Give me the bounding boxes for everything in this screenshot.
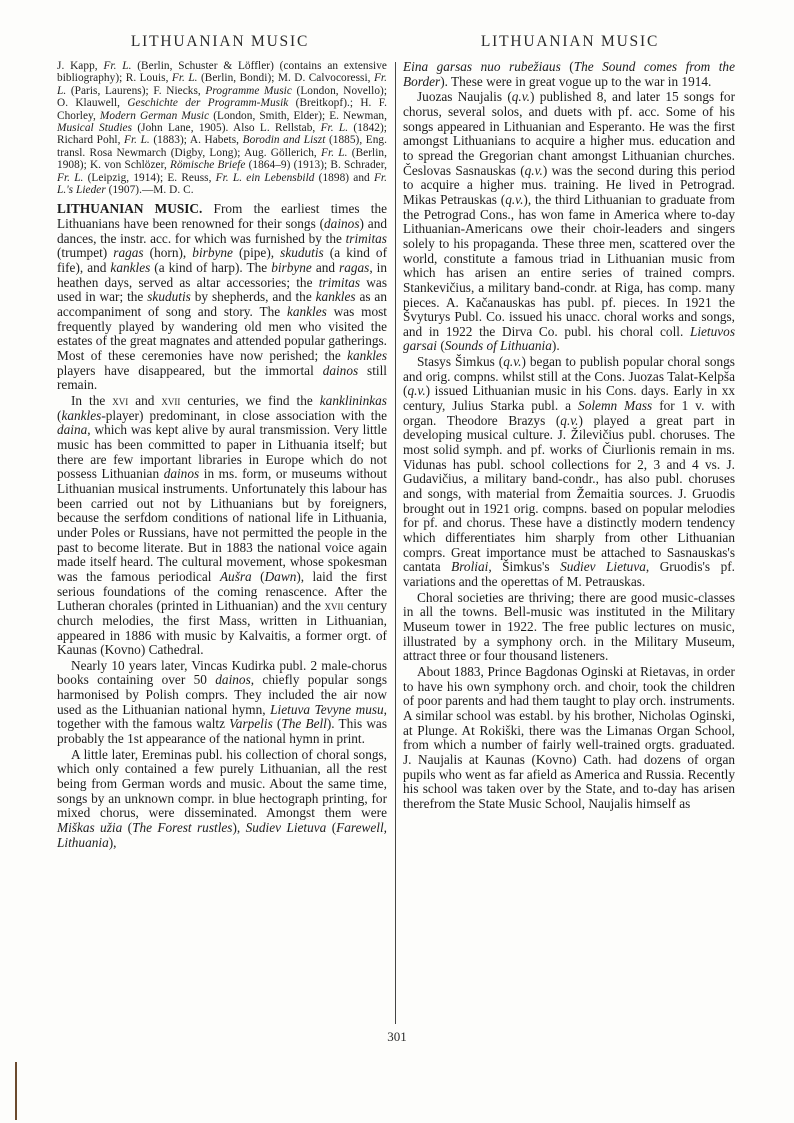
running-head-left: LITHUANIAN MUSIC — [55, 33, 385, 51]
paragraph-text: From the earliest times the Lithuanians … — [57, 201, 387, 392]
paragraph: In the xvi and xvii centuries, we find t… — [57, 394, 387, 658]
article-intro-paragraph: LITHUANIAN MUSIC. From the earliest time… — [57, 202, 387, 393]
left-column: J. Kapp, Fr. L. (Berlin, Schuster & Löff… — [57, 60, 387, 850]
paragraph: Stasys Šimkus (q.v.) began to publish po… — [403, 355, 735, 590]
page-number: 301 — [0, 1029, 794, 1045]
article-heading: LITHUANIAN MUSIC. — [57, 201, 202, 216]
paragraph: Juozas Naujalis (q.v.) published 8, and … — [403, 90, 735, 354]
running-head-right: LITHUANIAN MUSIC — [405, 33, 735, 51]
paragraph: Nearly 10 years later, Vincas Kudirka pu… — [57, 659, 387, 747]
bibliography-entry: J. Kapp, Fr. L. (Berlin, Schuster & Löff… — [57, 60, 387, 196]
paragraph: About 1883, Prince Bagdonas Oginski at R… — [403, 665, 735, 812]
paragraph-continued: Eina garsas nuo rubežiaus (The Sound com… — [403, 60, 735, 89]
right-column: Eina garsas nuo rubežiaus (The Sound com… — [403, 60, 735, 811]
paragraph: A little later, Ereminas publ. his colle… — [57, 748, 387, 851]
column-divider — [395, 62, 396, 1024]
paragraph: Choral societies are thriving; there are… — [403, 591, 735, 664]
page-edge-mark — [15, 1062, 17, 1120]
